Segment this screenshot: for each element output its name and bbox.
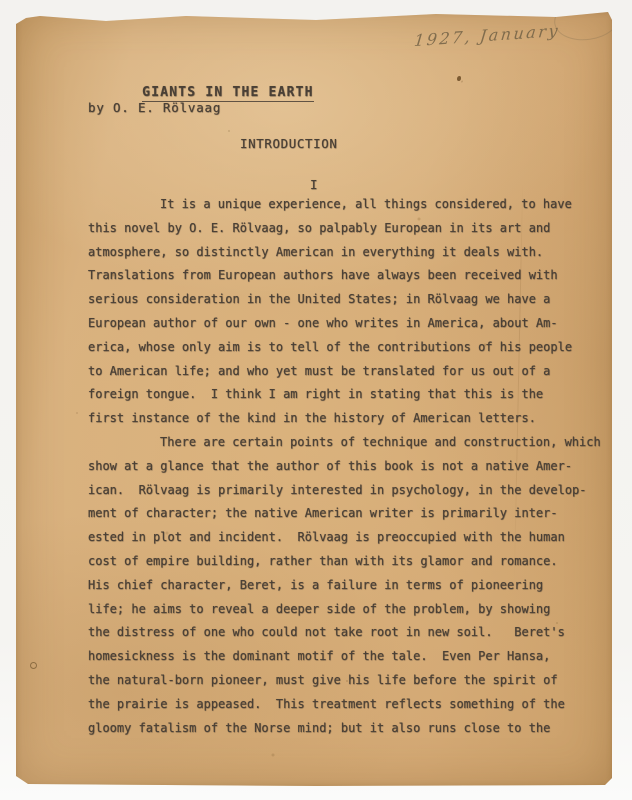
body-text: It is a unique experience, all things co…	[88, 193, 600, 740]
typescript-line: the prairie is appeased. This treatment …	[88, 693, 600, 717]
typescript-line: show at a glance that the author of this…	[88, 455, 600, 479]
typescript-line: Translations from European authors have …	[88, 264, 600, 288]
typescript-line: serious consideration in the United Stat…	[88, 288, 600, 312]
typescript-line: ican. Rölvaag is primarily interested in…	[88, 479, 600, 503]
typescript-line: There are certain points of technique an…	[88, 431, 600, 455]
typescript-line: homesickness is the dominant motif of th…	[88, 645, 600, 669]
typescript-line: to American life; and who yet must be tr…	[88, 360, 600, 384]
document-byline: by O. E. Rölvaag	[88, 100, 221, 115]
typescript-line: atmosphere, so distinctly American in ev…	[88, 241, 600, 265]
typescript-page: 1927, January GIANTS IN THE EARTH by O. …	[16, 12, 612, 786]
typescript-line: cost of empire building, rather than wit…	[88, 550, 600, 574]
scan-background: 1927, January GIANTS IN THE EARTH by O. …	[0, 0, 632, 800]
paragraph: There are certain points of technique an…	[88, 431, 600, 740]
typescript-line: this novel by O. E. Rölvaag, so palpably…	[88, 217, 600, 241]
typescript-line: life; he aims to reveal a deeper side of…	[88, 598, 600, 622]
paragraph: It is a unique experience, all things co…	[88, 193, 600, 431]
typescript-line: European author of our own - one who wri…	[88, 312, 600, 336]
typescript-line: ment of character; the native American w…	[88, 502, 600, 526]
typescript-line: the distress of one who could not take r…	[88, 621, 600, 645]
pencil-circle-mark	[551, 0, 622, 44]
typescript-line: His chief character, Beret, is a failure…	[88, 574, 600, 598]
section-numeral: I	[310, 177, 318, 192]
ink-speck	[457, 76, 461, 81]
typescript-line: first instance of the kind in the histor…	[88, 407, 600, 431]
margin-speck	[30, 662, 37, 669]
typescript-line: ested in plot and incident. Rölvaag is p…	[88, 526, 600, 550]
typescript-line: the natural-born pioneer, must give his …	[88, 669, 600, 693]
paper-fiber-specks	[16, 12, 18, 14]
typescript-line: It is a unique experience, all things co…	[88, 193, 600, 217]
typescript-line: gloomy fatalism of the Norse mind; but i…	[88, 717, 600, 741]
typescript-line: foreign tongue. I think I am right in st…	[88, 383, 600, 407]
handwritten-date-annotation: 1927, January	[413, 21, 561, 50]
section-heading: INTRODUCTION	[240, 136, 338, 151]
typescript-line: erica, whose only aim is to tell of the …	[88, 336, 600, 360]
